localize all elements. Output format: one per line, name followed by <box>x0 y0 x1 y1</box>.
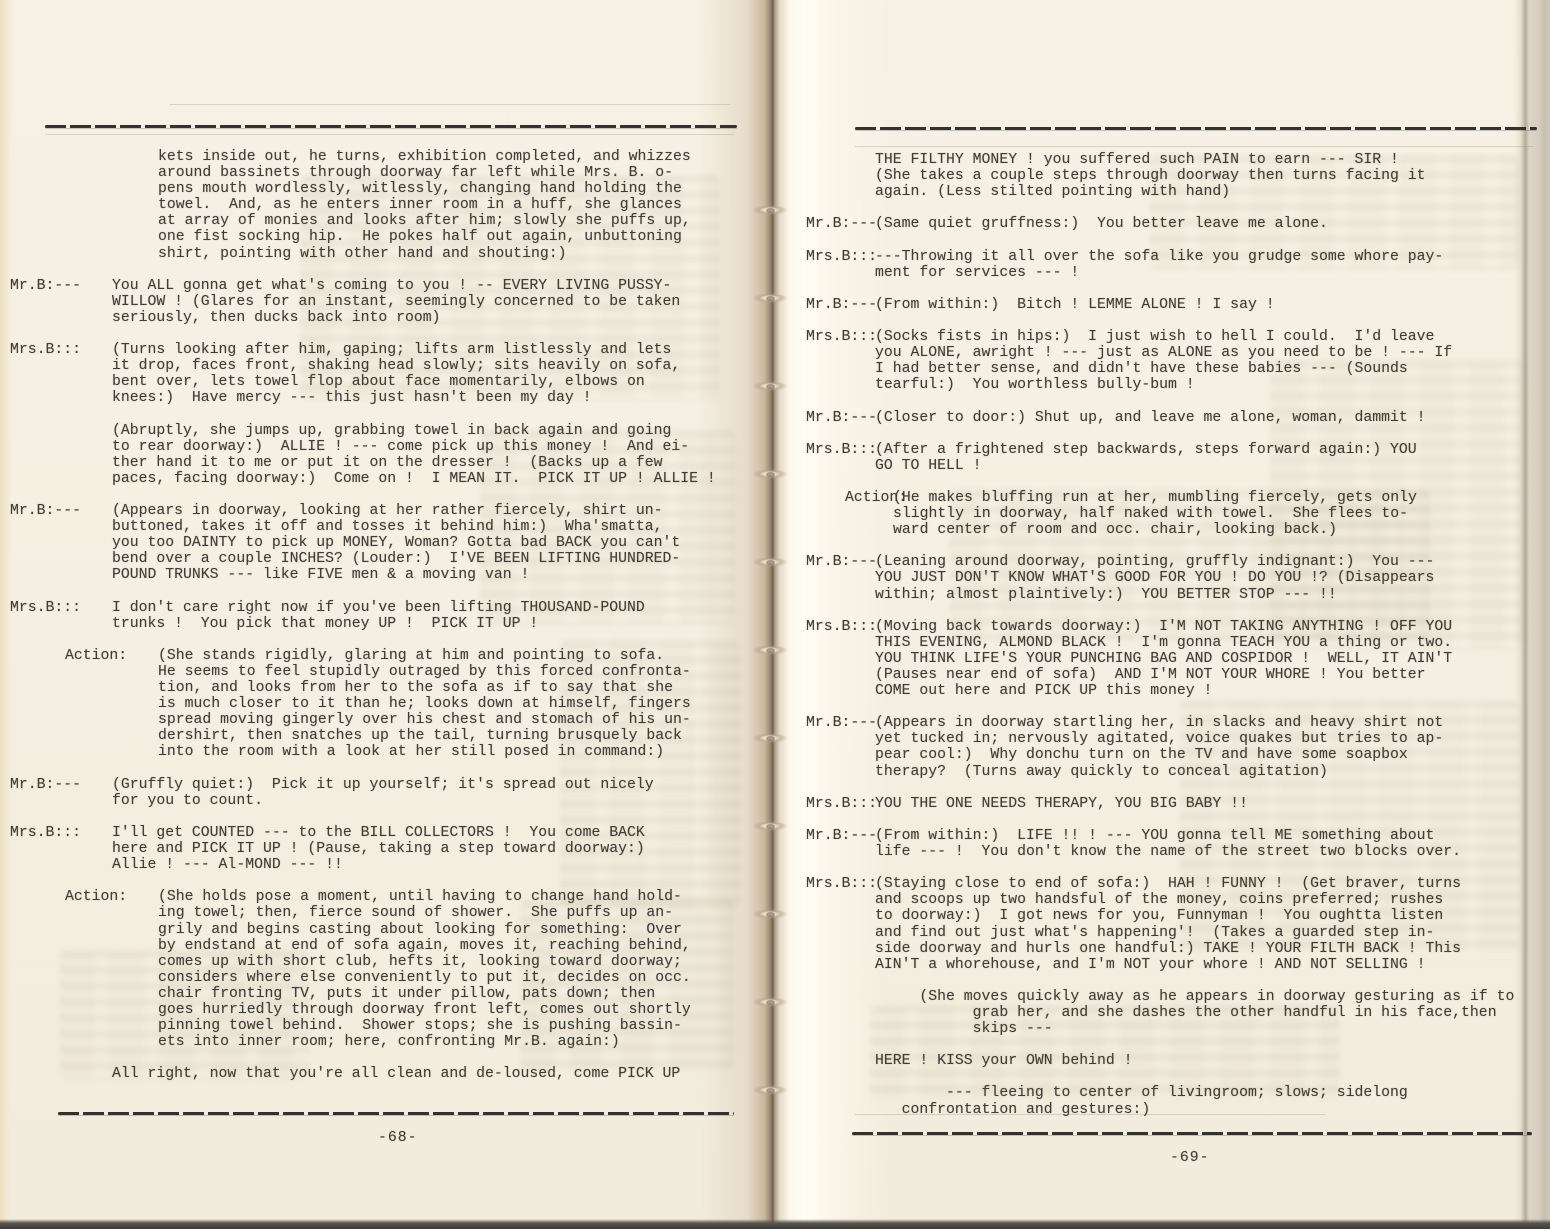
speaker-label: Mr.B:--- <box>806 410 875 426</box>
script-paragraph: Mrs.B::: (After a frightened step backwa… <box>806 442 1530 474</box>
script-paragraph: HERE ! KISS your OWN behind ! <box>806 1053 1530 1069</box>
speaker-label: Mr.B:--- <box>10 503 112 583</box>
speaker-label: Mrs.B::: <box>806 249 875 281</box>
script-paragraph-action: Action: (She holds pose a moment, until … <box>10 889 758 1050</box>
script-paragraph-action: Action: (He makes bluffing run at her, m… <box>806 490 1530 538</box>
speaker-label: Mrs.B::: <box>10 600 112 632</box>
paragraph-text: (Leaning around doorway, pointing, gruff… <box>875 554 1434 602</box>
script-paragraph-action: Action: (She stands rigidly, glaring at … <box>10 648 758 761</box>
script-paragraph: THE FILTHY MONEY ! you suffered such PAI… <box>806 152 1530 200</box>
paragraph-text: --- fleeing to center of livingroom; slo… <box>875 1085 1408 1117</box>
paragraph-text: THE FILTHY MONEY ! you suffered such PAI… <box>875 152 1426 200</box>
paragraph-text: (Turns looking after him, gaping; lifts … <box>112 342 680 406</box>
page-number-left: -68- <box>378 1130 418 1146</box>
script-paragraph: Mr.B:--- (Closer to door:) Shut up, and … <box>806 410 1530 426</box>
top-rule-left-page <box>45 125 737 128</box>
speaker-label <box>806 152 875 200</box>
paragraph-text: (From within:) Bitch ! LEMME ALONE ! I s… <box>875 297 1275 313</box>
speaker-label: Mr.B:--- <box>806 297 875 313</box>
script-paragraph: All right, now that you're all clean and… <box>10 1066 758 1082</box>
speaker-label: Mrs.B::: <box>806 876 875 973</box>
script-paragraph: Mrs.B::: I'll get COUNTED --- to the BIL… <box>10 825 758 873</box>
speaker-label <box>10 423 112 487</box>
paragraph-text: All right, now that you're all clean and… <box>112 1066 680 1082</box>
script-paragraph: kets inside out, he turns, exhibition co… <box>10 149 758 262</box>
left-page: kets inside out, he turns, exhibition co… <box>10 149 758 1099</box>
paragraph-text: (Moving back towards doorway:) I'M NOT T… <box>875 619 1452 699</box>
paragraph-text: (Abruptly, she jumps up, grabbing towel … <box>112 423 716 487</box>
script-paragraph: Mrs.B::: YOU THE ONE NEEDS THERAPY, YOU … <box>806 796 1530 812</box>
speaker-label: Mr.B:--- <box>10 777 112 809</box>
paragraph-text: (Gruffly quiet:) Pick it up yourself; it… <box>112 777 654 809</box>
scan-bottom-edge <box>0 1219 1550 1229</box>
script-paragraph: (Abruptly, she jumps up, grabbing towel … <box>10 423 758 487</box>
script-paragraph: Mr.B:--- (From within:) Bitch ! LEMME AL… <box>806 297 1530 313</box>
paragraph-text: (After a frightened step backwards, step… <box>875 442 1417 474</box>
paragraph-text: (She holds pose a moment, until having t… <box>158 889 691 1050</box>
paragraph-text: (She moves quickly away as he appears in… <box>875 989 1514 1037</box>
top-rule-right-page <box>855 127 1537 130</box>
right-page: THE FILTHY MONEY ! you suffered such PAI… <box>806 152 1530 1134</box>
paragraph-text: ---Throwing it all over the sofa like yo… <box>875 249 1443 281</box>
script-paragraph: Mr.B:--- (From within:) LIFE !! ! --- YO… <box>806 828 1530 860</box>
script-paragraph: Mr.B:--- You ALL gonna get what's coming… <box>10 278 758 326</box>
script-paragraph: Mrs.B::: ---Throwing it all over the sof… <box>806 249 1530 281</box>
paragraph-text: HERE ! KISS your OWN behind ! <box>875 1053 1133 1069</box>
speaker-label <box>10 1066 112 1082</box>
paragraph-text: I don't care right now if you've been li… <box>112 600 645 632</box>
speaker-label: Mrs.B::: <box>10 342 112 406</box>
paragraph-text: (Appears in doorway, looking at her rath… <box>112 503 680 583</box>
speaker-label: Mrs.B::: <box>10 825 112 873</box>
script-paragraph: Mr.B:--- (Appears in doorway startling h… <box>806 715 1530 779</box>
script-paragraph: Mrs.B::: (Moving back towards doorway:) … <box>806 619 1530 699</box>
paragraph-text: You ALL gonna get what's coming to you !… <box>112 278 680 326</box>
speaker-label: Mrs.B::: <box>806 619 875 699</box>
script-paragraph: Mrs.B::: I don't care right now if you'v… <box>10 600 758 632</box>
script-paragraph: Mrs.B::: (Staying close to end of sofa:)… <box>806 876 1530 973</box>
script-paragraph: Mr.B:--- (Same quiet gruffness:) You bet… <box>806 216 1530 232</box>
speaker-label: Mrs.B::: <box>806 796 875 812</box>
paragraph-text: (She stands rigidly, glaring at him and … <box>158 648 691 761</box>
speaker-label <box>10 149 112 262</box>
speaker-label: Action: <box>10 889 112 1050</box>
script-paragraph: Mrs.B::: (Turns looking after him, gapin… <box>10 342 758 406</box>
page-number-right: -69- <box>1170 1150 1210 1166</box>
paragraph-text: (Same quiet gruffness:) You better leave… <box>875 216 1328 232</box>
paragraph-text: (From within:) LIFE !! ! --- YOU gonna t… <box>875 828 1461 860</box>
paragraph-text: (Appears in doorway startling her, in sl… <box>875 715 1443 779</box>
speaker-label <box>806 1085 875 1117</box>
script-paragraph: --- fleeing to center of livingroom; slo… <box>806 1085 1530 1117</box>
script-paragraph: Mrs.B::: (Socks fists in hips:) I just w… <box>806 329 1530 393</box>
paragraph-text: I'll get COUNTED --- to the BILL COLLECT… <box>112 825 645 873</box>
script-paragraph: Mr.B:--- (Leaning around doorway, pointi… <box>806 554 1530 602</box>
script-paragraph: Mr.B:--- (Gruffly quiet:) Pick it up you… <box>10 777 758 809</box>
paragraph-text: kets inside out, he turns, exhibition co… <box>158 149 691 262</box>
scanned-book-spread: kets inside out, he turns, exhibition co… <box>0 0 1550 1229</box>
script-paragraph: Mr.B:--- (Appears in doorway, looking at… <box>10 503 758 583</box>
script-paragraph: (She moves quickly away as he appears in… <box>806 989 1530 1037</box>
paragraph-text: (Socks fists in hips:) I just wish to he… <box>875 329 1452 393</box>
bottom-rule-left-page <box>58 1112 734 1115</box>
speaker-label: Mr.B:--- <box>806 554 875 602</box>
paragraph-text: YOU THE ONE NEEDS THERAPY, YOU BIG BABY … <box>875 796 1248 812</box>
faint-guide-line <box>855 146 1533 147</box>
speaker-label <box>806 1053 875 1069</box>
speaker-label: Mrs.B::: <box>806 329 875 393</box>
speaker-label: Mrs.B::: <box>806 442 875 474</box>
speaker-label: Mr.B:--- <box>806 715 875 779</box>
faint-guide-line <box>45 134 735 135</box>
speaker-label <box>806 989 875 1037</box>
speaker-label: Mr.B:--- <box>806 216 875 232</box>
speaker-label: Mr.B:--- <box>806 828 875 860</box>
paragraph-text: (Closer to door:) Shut up, and leave me … <box>875 410 1426 426</box>
paragraph-text: (Staying close to end of sofa:) HAH ! FU… <box>875 876 1461 973</box>
paragraph-text: (He makes bluffing run at her, mumbling … <box>893 490 1417 538</box>
speaker-label: Mr.B:--- <box>10 278 112 326</box>
faint-guide-line <box>170 104 730 105</box>
speaker-label: Action: <box>806 490 875 538</box>
speaker-label: Action: <box>10 648 112 761</box>
